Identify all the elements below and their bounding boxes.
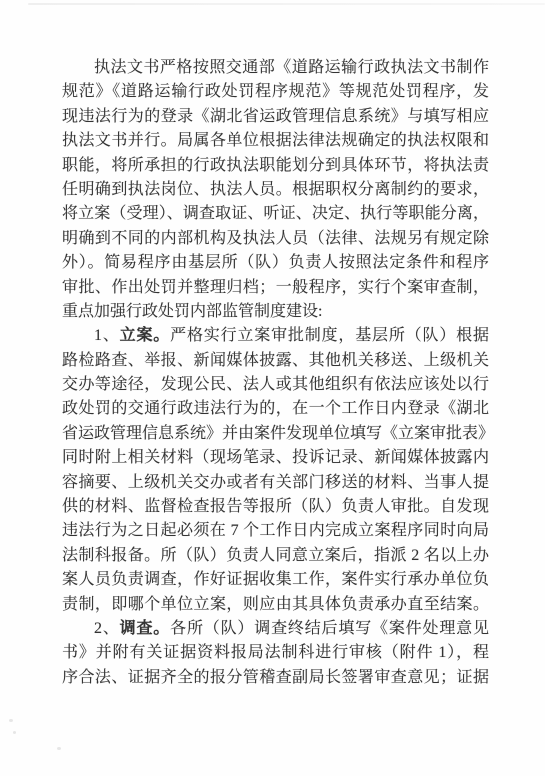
text-line: 重点加强行政处罚内部监管制度建设:: [62, 300, 489, 324]
text-line: 现违法行为的登录《湖北省运政管理信息系统》与填写相应: [62, 105, 489, 129]
scan-speckle: [57, 747, 61, 750]
text-line: 规范》《道路运输行政处罚程序规范》等规范处罚程序，发: [62, 80, 489, 104]
text-line: 任明确到执法岗位、执法人员。根据职权分离制约的要求，: [62, 178, 489, 202]
scan-speckle: [13, 731, 16, 734]
text-line: 交办等途径，发现公民、法人或其他组织有依法应该处以行: [62, 373, 489, 397]
text-line: 政处罚的交通行政违法行为的，在一个工作日内登录《湖北: [62, 397, 489, 421]
line-text: 严格实行立案审批制度，基层所（队）根据: [170, 327, 489, 344]
scan-speckle: [9, 719, 13, 722]
text-line: 同时附上相关材料（现场笔录、投诉记录、新闻媒体披露内: [62, 446, 489, 470]
section-label: 立案。: [120, 327, 170, 344]
text-line: 路检路查、举报、新闻媒体披露、其他机关移送、上级机关: [62, 349, 489, 373]
text-line: 责制，即哪个单位立案，则应由其具体负责承办直至结案。: [62, 593, 489, 617]
text-line: 法制科报备。所（队）负责人同意立案后，指派 2 名以上办: [62, 544, 489, 568]
text-line: 审批、作出处罚并整理归档；一般程序，实行个案审查制，: [62, 276, 489, 300]
text-line: 明确到不同的内部机构及执法人员（法律、法规另有规定除: [62, 227, 489, 251]
scan-edge-artifact: [28, 3, 545, 5]
line-text: 各所（队）调查终结后填写《案件处理意见: [170, 620, 489, 637]
section-label: 调查。: [120, 620, 170, 637]
text-line: 外）。简易程序由基层所（队）负责人按照法定条件和程序: [62, 251, 489, 275]
text-line: 书》并附有关证据资料报局法制科进行审核（附件 1），程: [62, 641, 489, 665]
list-number: 2、: [94, 620, 120, 637]
text-line: 违法行为之日起必须在 7 个工作日内完成立案程序同时向局: [62, 519, 489, 543]
text-line: 执法文书并行。局属各单位根据法律法规确定的执法权限和: [62, 129, 489, 153]
text-line-section-1: 1、立案。严格实行立案审批制度，基层所（队）根据: [62, 324, 489, 348]
text-line: 职能，将所承担的行政执法职能划分到具体环节，将执法责: [62, 154, 489, 178]
text-line: 将立案（受理）、调查取证、听证、决定、执行等职能分离，: [62, 202, 489, 226]
text-line: 容摘要、上级机关交办或者有关部门移送的材料、当事人提: [62, 471, 489, 495]
text-line: 序合法、证据齐全的报分管稽查副局长签署审查意见；证据: [62, 666, 489, 690]
text-line: 执法文书严格按照交通部《道路运输行政执法文书制作: [62, 56, 489, 80]
list-number: 1、: [94, 327, 120, 344]
document-page: 执法文书严格按照交通部《道路运输行政执法文书制作 规范》《道路运输行政处罚程序规…: [0, 0, 545, 776]
text-line: 供的材料、监督检查报告等报所（队）负责人审批。自发现: [62, 495, 489, 519]
text-line: 案人员负责调查，作好证据收集工作，案件实行承办单位负: [62, 568, 489, 592]
document-body: 执法文书严格按照交通部《道路运输行政执法文书制作 规范》《道路运输行政处罚程序规…: [62, 56, 489, 690]
text-line: 省运政管理信息系统》并由案件发现单位填写《立案审批表》: [62, 422, 489, 446]
text-line-section-2: 2、调查。各所（队）调查终结后填写《案件处理意见: [62, 617, 489, 641]
